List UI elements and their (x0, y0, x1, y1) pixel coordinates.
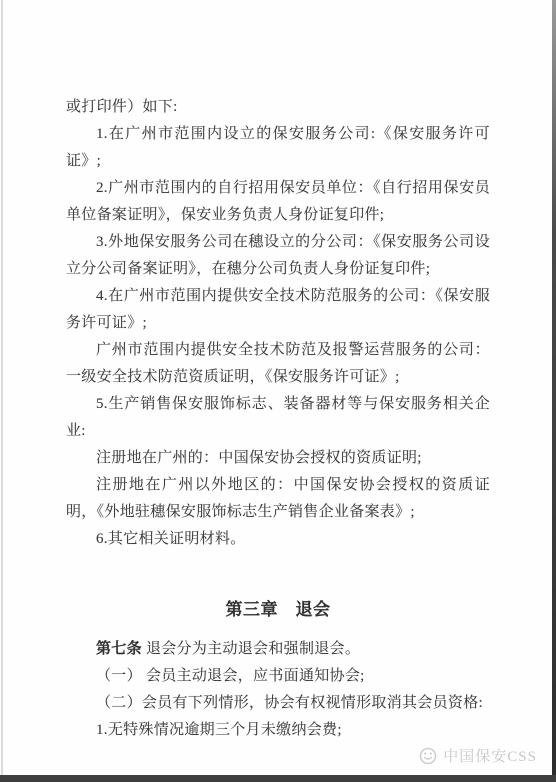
paragraph: 广州市范围内提供安全技术防范及报警运营服务的公司：一级安全技术防范资质证明，《保… (66, 337, 490, 391)
paragraph: 1.在广州市范围内设立的保安服务公司:《保安服务许可证》; (66, 121, 490, 175)
paragraph: 2.广州市范围内的自行招用保安员单位：《自行招用保安员单位备案证明》，保安业务负… (66, 175, 490, 229)
article-number: 第七条 (96, 641, 142, 657)
paragraph: （二）会员有下列情形，协会有权视情形取消其会员资格: (66, 690, 490, 717)
paragraph: （一） 会员主动退会，应书面通知协会; (66, 663, 490, 690)
scan-edge-bottom (0, 775, 556, 782)
paragraph: 1.无特殊情况逾期三个月未缴纳会费; (66, 717, 490, 744)
paragraph: 4.在广州市范围内提供安全技术防范服务的公司：《保安服务许可证》; (66, 283, 490, 337)
paragraph: 注册地在广州的：中国保安协会授权的资质证明; (66, 445, 490, 472)
document-body: 或打印件）如下:1.在广州市范围内设立的保安服务公司:《保安服务许可证》;2.广… (0, 0, 556, 744)
paragraph: 注册地在广州以外地区的：中国保安协会授权的资质证明，《外地驻穗保安服饰标志生产销… (66, 472, 490, 526)
paragraph: 第七条 退会分为主动退会和强制退会。 (66, 636, 490, 663)
watermark: 中国保安CSS (418, 745, 537, 766)
paragraph: 或打印件）如下: (66, 94, 490, 121)
scanned-document-page: 或打印件）如下:1.在广州市范围内设立的保安服务公司:《保安服务许可证》;2.广… (0, 0, 556, 782)
chapter-heading: 第三章 退会 (66, 596, 490, 623)
watermark-logo-icon (418, 746, 438, 766)
paragraph: 6.其它相关证明材料。 (66, 526, 490, 553)
watermark-label: 中国保安CSS (443, 745, 537, 766)
paragraph: 3.外地保安服务公司在穗设立的分公司：《保安服务公司设立分公司备案证明》，在穗分… (66, 229, 490, 283)
paragraph: 5.生产销售保安服饰标志、装备器材等与保安服务相关企业: (66, 391, 490, 445)
